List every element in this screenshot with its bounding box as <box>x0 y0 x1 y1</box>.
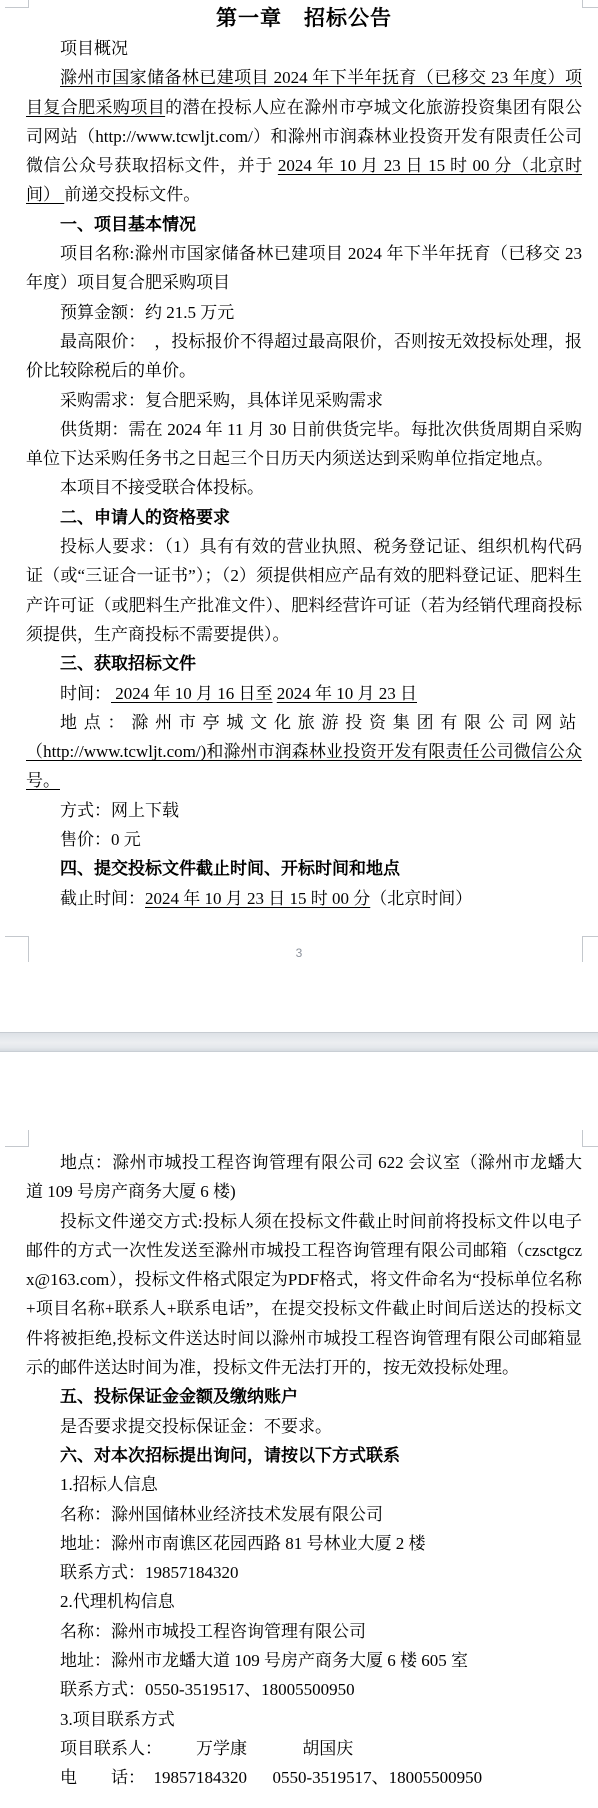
document-paragraph: 地址：滁州市南谯区花园西路 81 号林业大厦 2 楼 <box>26 1529 582 1558</box>
document-paragraph: 名称：滁州国储林业经济技术发展有限公司 <box>26 1500 582 1529</box>
text-segment: 投标文件递交方式:投标人须在投标文件截止时间前将投标文件以电子邮件的方式一次性发… <box>26 1212 582 1377</box>
text-segment: 地址：滁州市南谯区花园西路 81 号林业大厦 2 楼 <box>60 1534 426 1553</box>
text-segment: 项目概况 <box>60 39 128 58</box>
underlined-text: 2024 年 10 月 23 日 <box>277 684 417 703</box>
text-boundary-mark-top-right <box>582 1130 598 1147</box>
text-boundary-mark-top-left <box>5 0 29 8</box>
document-page-1: 第一章 招标公告 项目概况滁州市国家储备林已建项目 2024 年下半年抚育（已移… <box>0 0 598 1032</box>
text-segment: 项目联系人： 万学康 胡国庆 <box>60 1739 353 1758</box>
text-segment: 地点：滁州市亭城文化旅游投资集团有限公司网站 <box>60 713 582 732</box>
text-segment: 二、申请人的资格要求 <box>60 508 230 527</box>
document-view: 第一章 招标公告 项目概况滁州市国家储备林已建项目 2024 年下半年抚育（已移… <box>0 0 598 1808</box>
document-paragraph: 截止时间：2024 年 10 月 23 日 15 时 00 分（北京时间） <box>26 884 582 913</box>
page-1-body: 项目概况滁州市国家储备林已建项目 2024 年下半年抚育（已移交 23 年度）项… <box>0 34 598 913</box>
underlined-text: 2024 年 10 月 16 日至 <box>111 684 273 703</box>
document-paragraph: 项目名称:滁州市国家储备林已建项目 2024 年下半年抚育（已移交 23 年度）… <box>26 239 582 298</box>
section-heading: 一、项目基本情况 <box>26 210 582 239</box>
section-heading: 六、对本次招标提出询问，请按以下方式联系 <box>26 1441 582 1470</box>
document-paragraph: 最高限价： ，投标报价不得超过最高限价，否则按无效投标处理，报价比较除税后的单价… <box>26 327 582 386</box>
document-paragraph: 方式：网上下载 <box>26 796 582 825</box>
section-heading: 四、提交投标文件截止时间、开标时间和地点 <box>26 854 582 883</box>
text-segment: 预算金额：约 21.5 万元 <box>60 303 234 322</box>
document-paragraph: 采购需求：复合肥采购，具体详见采购需求 <box>26 386 582 415</box>
document-paragraph: 2.代理机构信息 <box>26 1587 582 1616</box>
text-segment: （北京时间） <box>370 889 472 908</box>
text-segment: 3.项目联系方式 <box>60 1710 175 1729</box>
document-paragraph: 投标文件递交方式:投标人须在投标文件截止时间前将投标文件以电子邮件的方式一次性发… <box>26 1207 582 1383</box>
text-segment: 截止时间： <box>60 889 145 908</box>
section-heading: 二、申请人的资格要求 <box>26 503 582 532</box>
document-paragraph: 售价：0 元 <box>26 825 582 854</box>
document-paragraph: 滁州市国家储备林已建项目 2024 年下半年抚育（已移交 23 年度）项目复合肥… <box>26 63 582 209</box>
text-segment: 采购需求：复合肥采购，具体详见采购需求 <box>60 391 383 410</box>
document-paragraph: 1.招标人信息 <box>26 1470 582 1499</box>
document-paragraph: 电 话： 19857184320 0550-3519517、1800550095… <box>26 1763 582 1792</box>
document-paragraph: 投标人要求：（1）具有有效的营业执照、税务登记证、组织机构代码证（或“三证合一证… <box>26 532 582 649</box>
text-segment: 地址：滁州市龙蟠大道 109 号房产商务大厦 6 楼 605 室 <box>60 1651 468 1670</box>
section-heading: 三、获取招标文件 <box>26 649 582 678</box>
text-segment: 名称：滁州国储林业经济技术发展有限公司 <box>60 1505 383 1524</box>
text-segment: 地点：滁州市城投工程咨询管理有限公司 622 会议室（滁州市龙蟠大道 109 号… <box>26 1153 582 1201</box>
text-segment: 投标人要求：（1）具有有效的营业执照、税务登记证、组织机构代码证（或“三证合一证… <box>26 537 582 644</box>
text-segment: 2.代理机构信息 <box>60 1592 175 1611</box>
text-segment: 项目名称:滁州市国家储备林已建项目 2024 年下半年抚育（已移交 23 年度）… <box>26 244 586 292</box>
section-heading: 五、投标保证金金额及缴纳账户 <box>26 1382 582 1411</box>
text-segment: 时间： <box>60 684 111 703</box>
underlined-text: 2024 年 10 月 23 日 15 时 00 分 <box>145 889 370 908</box>
underlined-text: （http://www.tcwljt.com/)和滁州市润森林业投资开发有限责任… <box>26 742 582 790</box>
document-paragraph: 联系方式：0550-3519517、18005500950 <box>26 1675 582 1704</box>
text-boundary-mark-top-left <box>5 1130 29 1147</box>
text-segment: 前递交投标文件。 <box>64 185 200 204</box>
text-segment: 最高限价： ，投标报价不得超过最高限价，否则按无效投标处理，报价比较除税后的单价… <box>26 332 582 380</box>
text-segment: 一、项目基本情况 <box>60 215 196 234</box>
document-paragraph: 地点：滁州市城投工程咨询管理有限公司 622 会议室（滁州市龙蟠大道 109 号… <box>26 1148 582 1207</box>
text-segment: 五、投标保证金金额及缴纳账户 <box>60 1387 298 1406</box>
document-paragraph: 时间： 2024 年 10 月 16 日至 2024 年 10 月 23 日 <box>26 679 582 708</box>
document-paragraph: 预算金额：约 21.5 万元 <box>26 298 582 327</box>
document-paragraph: 供货期：需在 2024 年 11 月 30 日前供货完毕。每批次供货周期自采购单… <box>26 415 582 474</box>
document-paragraph: 联系方式：19857184320 <box>26 1558 582 1587</box>
text-segment: 三、获取招标文件 <box>60 654 196 673</box>
page-2-body: 地点：滁州市城投工程咨询管理有限公司 622 会议室（滁州市龙蟠大道 109 号… <box>0 1052 598 1793</box>
document-paragraph: 是否要求提交投标保证金：不要求。 <box>26 1412 582 1441</box>
page-number-footer: 3 <box>0 946 598 960</box>
document-page-2: 地点：滁州市城投工程咨询管理有限公司 622 会议室（滁州市龙蟠大道 109 号… <box>0 1052 598 1808</box>
page-break-gap <box>0 1032 598 1052</box>
text-segment: 供货期：需在 2024 年 11 月 30 日前供货完毕。每批次供货周期自采购单… <box>26 420 582 468</box>
text-segment: 售价：0 元 <box>60 830 141 849</box>
text-segment: 联系方式：19857184320 <box>60 1563 239 1582</box>
text-segment: 是否要求提交投标保证金：不要求。 <box>60 1417 332 1436</box>
document-paragraph: 本项目不接受联合体投标。 <box>26 473 582 502</box>
text-segment: 四、提交投标文件截止时间、开标时间和地点 <box>60 859 400 878</box>
text-segment: 六、对本次招标提出询问，请按以下方式联系 <box>60 1446 400 1465</box>
document-paragraph: 地点：滁州市亭城文化旅游投资集团有限公司网站（http://www.tcwljt… <box>26 708 582 796</box>
document-paragraph: 3.项目联系方式 <box>26 1705 582 1734</box>
chapter-title: 第一章 招标公告 <box>26 2 582 34</box>
text-segment: 本项目不接受联合体投标。 <box>60 478 264 497</box>
document-paragraph: 名称：滁州市城投工程咨询管理有限公司 <box>26 1617 582 1646</box>
text-segment: 方式：网上下载 <box>60 801 179 820</box>
text-segment: 电 话： 19857184320 0550-3519517、1800550095… <box>60 1768 482 1787</box>
text-segment: 名称：滁州市城投工程咨询管理有限公司 <box>60 1622 366 1641</box>
document-paragraph: 地址：滁州市龙蟠大道 109 号房产商务大厦 6 楼 605 室 <box>26 1646 582 1675</box>
text-boundary-mark-top-right <box>582 0 598 8</box>
text-segment: 联系方式：0550-3519517、18005500950 <box>60 1680 355 1699</box>
document-paragraph: 项目概况 <box>26 34 582 63</box>
document-paragraph: 项目联系人： 万学康 胡国庆 <box>26 1734 582 1763</box>
text-segment: 1.招标人信息 <box>60 1475 158 1494</box>
